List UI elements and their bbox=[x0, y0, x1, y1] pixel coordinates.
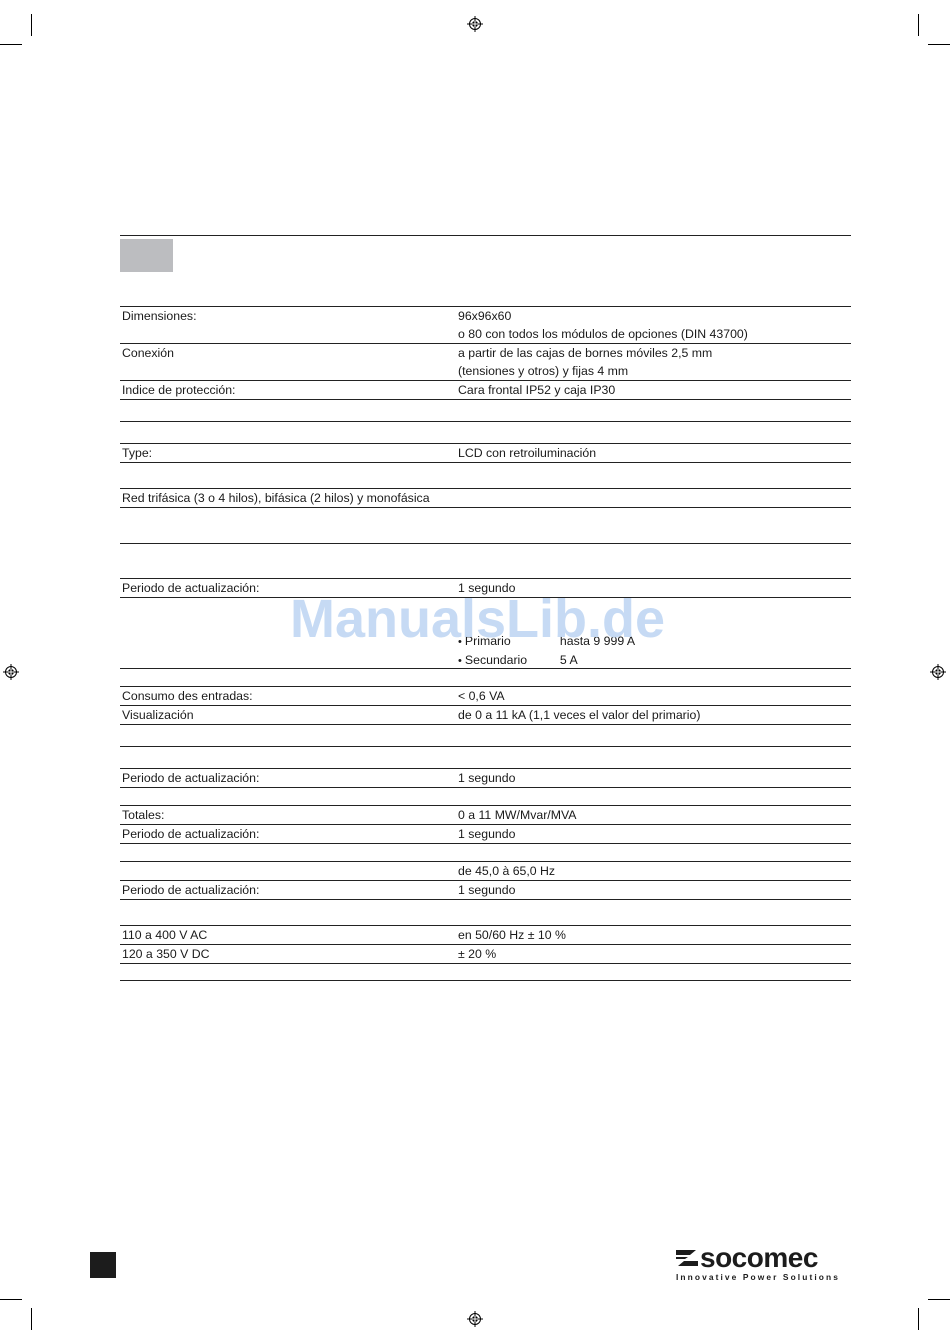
row-value: 1 segundo bbox=[458, 825, 515, 843]
crop-mark bbox=[0, 1299, 22, 1300]
table-gap bbox=[120, 422, 851, 443]
row-value: a partir de las cajas de bornes móviles … bbox=[458, 344, 712, 380]
registration-mark-icon bbox=[467, 1311, 483, 1327]
row-value: Cara frontal IP52 y caja IP30 bbox=[458, 381, 615, 399]
row-label: Periodo de actualización: bbox=[122, 881, 259, 899]
row-label: Periodo de actualización: bbox=[122, 769, 259, 787]
table-row: Dimensiones:96x96x60o 80 con todos los m… bbox=[120, 307, 851, 343]
value-line: 96x96x60 bbox=[458, 307, 748, 325]
socomec-mark-icon bbox=[676, 1249, 698, 1267]
crop-mark bbox=[928, 44, 950, 45]
value-line: 1 segundo bbox=[458, 769, 515, 787]
value-line: ± 20 % bbox=[458, 945, 496, 963]
row-label: Conexión bbox=[122, 344, 174, 362]
crop-mark bbox=[0, 44, 22, 45]
row-value: 1 segundo bbox=[458, 881, 515, 899]
page-number-block bbox=[90, 1252, 116, 1278]
row-label: Dimensiones: bbox=[122, 307, 197, 325]
table-gap bbox=[120, 844, 851, 861]
table-gap bbox=[120, 400, 851, 421]
value-line: en 50/60 Hz ± 10 % bbox=[458, 926, 566, 944]
row-value: de 0 a 11 kA (1,1 veces el valor del pri… bbox=[458, 706, 700, 724]
table-row: Consumo des entradas:< 0,6 VA bbox=[120, 687, 851, 705]
table-row: Red trifásica (3 o 4 hilos), bifásica (2… bbox=[120, 489, 851, 507]
table-gap bbox=[120, 900, 851, 925]
section-tab bbox=[120, 239, 173, 272]
registration-mark-icon bbox=[3, 664, 19, 680]
row-value: < 0,6 VA bbox=[458, 687, 505, 705]
table-gap bbox=[120, 463, 851, 488]
value-line: a partir de las cajas de bornes móviles … bbox=[458, 344, 712, 362]
value-line: o 80 con todos los módulos de opciones (… bbox=[458, 325, 748, 343]
value-line: < 0,6 VA bbox=[458, 687, 505, 705]
brand-name: socomec bbox=[700, 1246, 818, 1270]
table-row: Type:LCD con retroiluminación bbox=[120, 444, 851, 462]
bullet-item: • Secundario5 A bbox=[458, 651, 635, 670]
table-gap bbox=[120, 725, 851, 746]
bullet-icon: • bbox=[458, 655, 465, 667]
table-row: 120 a 350 V DC± 20 % bbox=[120, 945, 851, 963]
table-gap bbox=[120, 747, 851, 768]
crop-mark bbox=[928, 1299, 950, 1300]
value-line: (tensiones y otros) y fijas 4 mm bbox=[458, 362, 712, 380]
row-value: 0 a 11 MW/Mvar/MVA bbox=[458, 806, 576, 824]
row-label: Periodo de actualización: bbox=[122, 579, 259, 597]
section-top-rule bbox=[120, 235, 851, 236]
table-gap bbox=[120, 964, 851, 980]
table-row: Periodo de actualización:1 segundo bbox=[120, 825, 851, 843]
brand-logo: socomec Innovative Power Solutions bbox=[676, 1246, 856, 1282]
row-value: 1 segundo bbox=[458, 769, 515, 787]
bullet-value: 5 A bbox=[560, 653, 578, 667]
crop-mark bbox=[918, 1308, 919, 1330]
table-row: 110 a 400 V ACen 50/60 Hz ± 10 % bbox=[120, 926, 851, 944]
value-line: 0 a 11 MW/Mvar/MVA bbox=[458, 806, 576, 824]
table-gap bbox=[120, 788, 851, 805]
row-label: Indice de protección: bbox=[122, 381, 235, 399]
table-gap bbox=[120, 508, 851, 543]
table-row: Conexióna partir de las cajas de bornes … bbox=[120, 344, 851, 380]
table-row: Visualizaciónde 0 a 11 kA (1,1 veces el … bbox=[120, 706, 851, 724]
brand-tagline: Innovative Power Solutions bbox=[676, 1272, 856, 1282]
crop-mark bbox=[31, 14, 32, 36]
registration-mark-icon bbox=[467, 16, 483, 32]
value-line: Cara frontal IP52 y caja IP30 bbox=[458, 381, 615, 399]
row-label: 110 a 400 V AC bbox=[122, 926, 207, 944]
table-row: Totales:0 a 11 MW/Mvar/MVA bbox=[120, 806, 851, 824]
row-label: Consumo des entradas: bbox=[122, 687, 253, 705]
registration-mark-icon bbox=[930, 664, 946, 680]
table-row: Indice de protección:Cara frontal IP52 y… bbox=[120, 381, 851, 399]
row-value: ± 20 % bbox=[458, 945, 496, 963]
row-label: 120 a 350 V DC bbox=[122, 945, 210, 963]
bullet-name: Secundario bbox=[465, 651, 560, 669]
table-gap bbox=[120, 669, 851, 686]
row-value: en 50/60 Hz ± 10 % bbox=[458, 926, 566, 944]
value-line: LCD con retroiluminación bbox=[458, 444, 596, 462]
value-line: de 0 a 11 kA (1,1 veces el valor del pri… bbox=[458, 706, 700, 724]
crop-mark bbox=[918, 14, 919, 36]
table-gap bbox=[120, 544, 851, 578]
row-label: Periodo de actualización: bbox=[122, 825, 259, 843]
table-rule bbox=[120, 980, 851, 981]
watermark: ManualsLib.de bbox=[290, 588, 665, 650]
row-label: Visualización bbox=[122, 706, 194, 724]
value-line: de 45,0 à 65,0 Hz bbox=[458, 862, 555, 880]
row-value: 96x96x60o 80 con todos los módulos de op… bbox=[458, 307, 748, 343]
row-label: Red trifásica (3 o 4 hilos), bifásica (2… bbox=[122, 489, 430, 507]
table-row: de 45,0 à 65,0 Hz bbox=[120, 862, 851, 880]
value-line: 1 segundo bbox=[458, 881, 515, 899]
row-label: Totales: bbox=[122, 806, 164, 824]
row-value: de 45,0 à 65,0 Hz bbox=[458, 862, 555, 880]
row-value: LCD con retroiluminación bbox=[458, 444, 596, 462]
crop-mark bbox=[31, 1308, 32, 1330]
table-row: Periodo de actualización:1 segundo bbox=[120, 881, 851, 899]
value-line: 1 segundo bbox=[458, 825, 515, 843]
table-row: Periodo de actualización:1 segundo bbox=[120, 769, 851, 787]
row-label: Type: bbox=[122, 444, 152, 462]
